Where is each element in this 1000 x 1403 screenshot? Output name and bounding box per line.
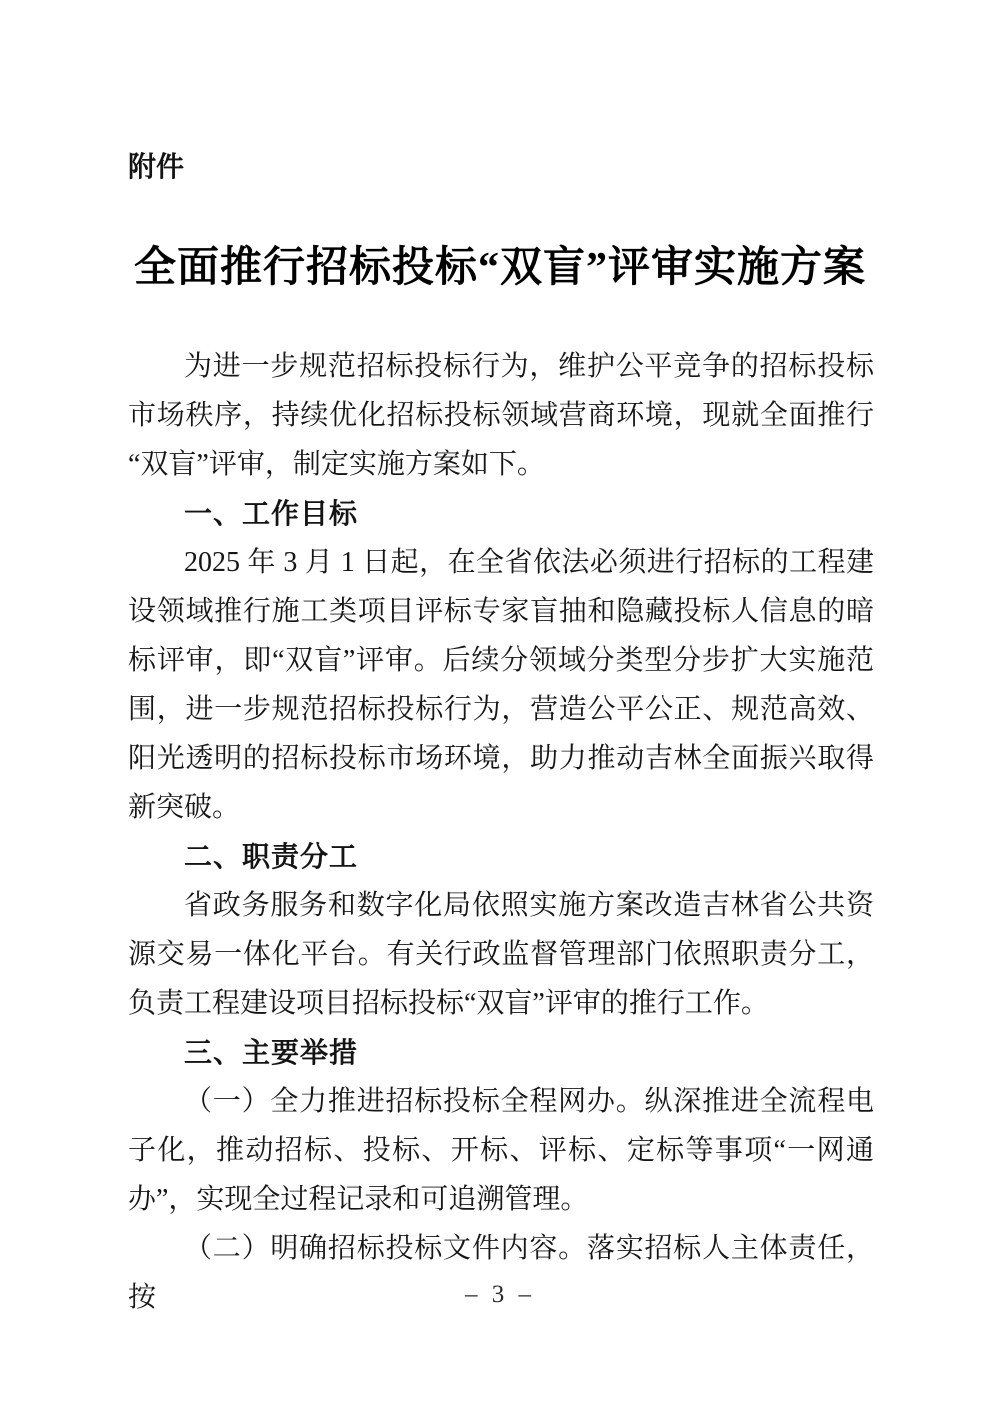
paragraph-responsibilities: 省政务服务和数字化局依照实施方案改造吉林省公共资源交易一体化平台。有关行政监督管… [128, 881, 874, 1028]
paragraph-measure-1: （一）全力推进招标投标全程网办。纵深推进全流程电子化，推动招标、投标、开标、评标… [128, 1077, 874, 1224]
page-number: – 3 – [0, 1280, 1000, 1310]
document-body: 为进一步规范招标投标行为，维护公平竞争的招标投标市场秩序，持续优化招标投标领域营… [128, 342, 874, 1322]
document-page: 附件 全面推行招标投标“双盲”评审实施方案 为进一步规范招标投标行为，维护公平竞… [0, 0, 1000, 1403]
attachment-label: 附件 [128, 148, 184, 186]
section-heading-3-main-measures: 三、主要举措 [128, 1028, 874, 1077]
measure-2-lead: （二）明确招标投标文件内容。 [184, 1233, 587, 1264]
paragraph-work-goals: 2025 年 3 月 1 日起，在全省依法必须进行招标的工程建设领域推行施工类项… [128, 538, 874, 832]
document-title: 全面推行招标投标“双盲”评审实施方案 [0, 240, 1000, 296]
measure-1-lead: （一）全力推进招标投标全程网办。 [184, 1086, 645, 1117]
paragraph-intro: 为进一步规范招标投标行为，维护公平竞争的招标投标市场秩序，持续优化招标投标领域营… [128, 342, 874, 489]
section-heading-1-work-goals: 一、工作目标 [128, 489, 874, 538]
section-heading-2-responsibilities: 二、职责分工 [128, 832, 874, 881]
